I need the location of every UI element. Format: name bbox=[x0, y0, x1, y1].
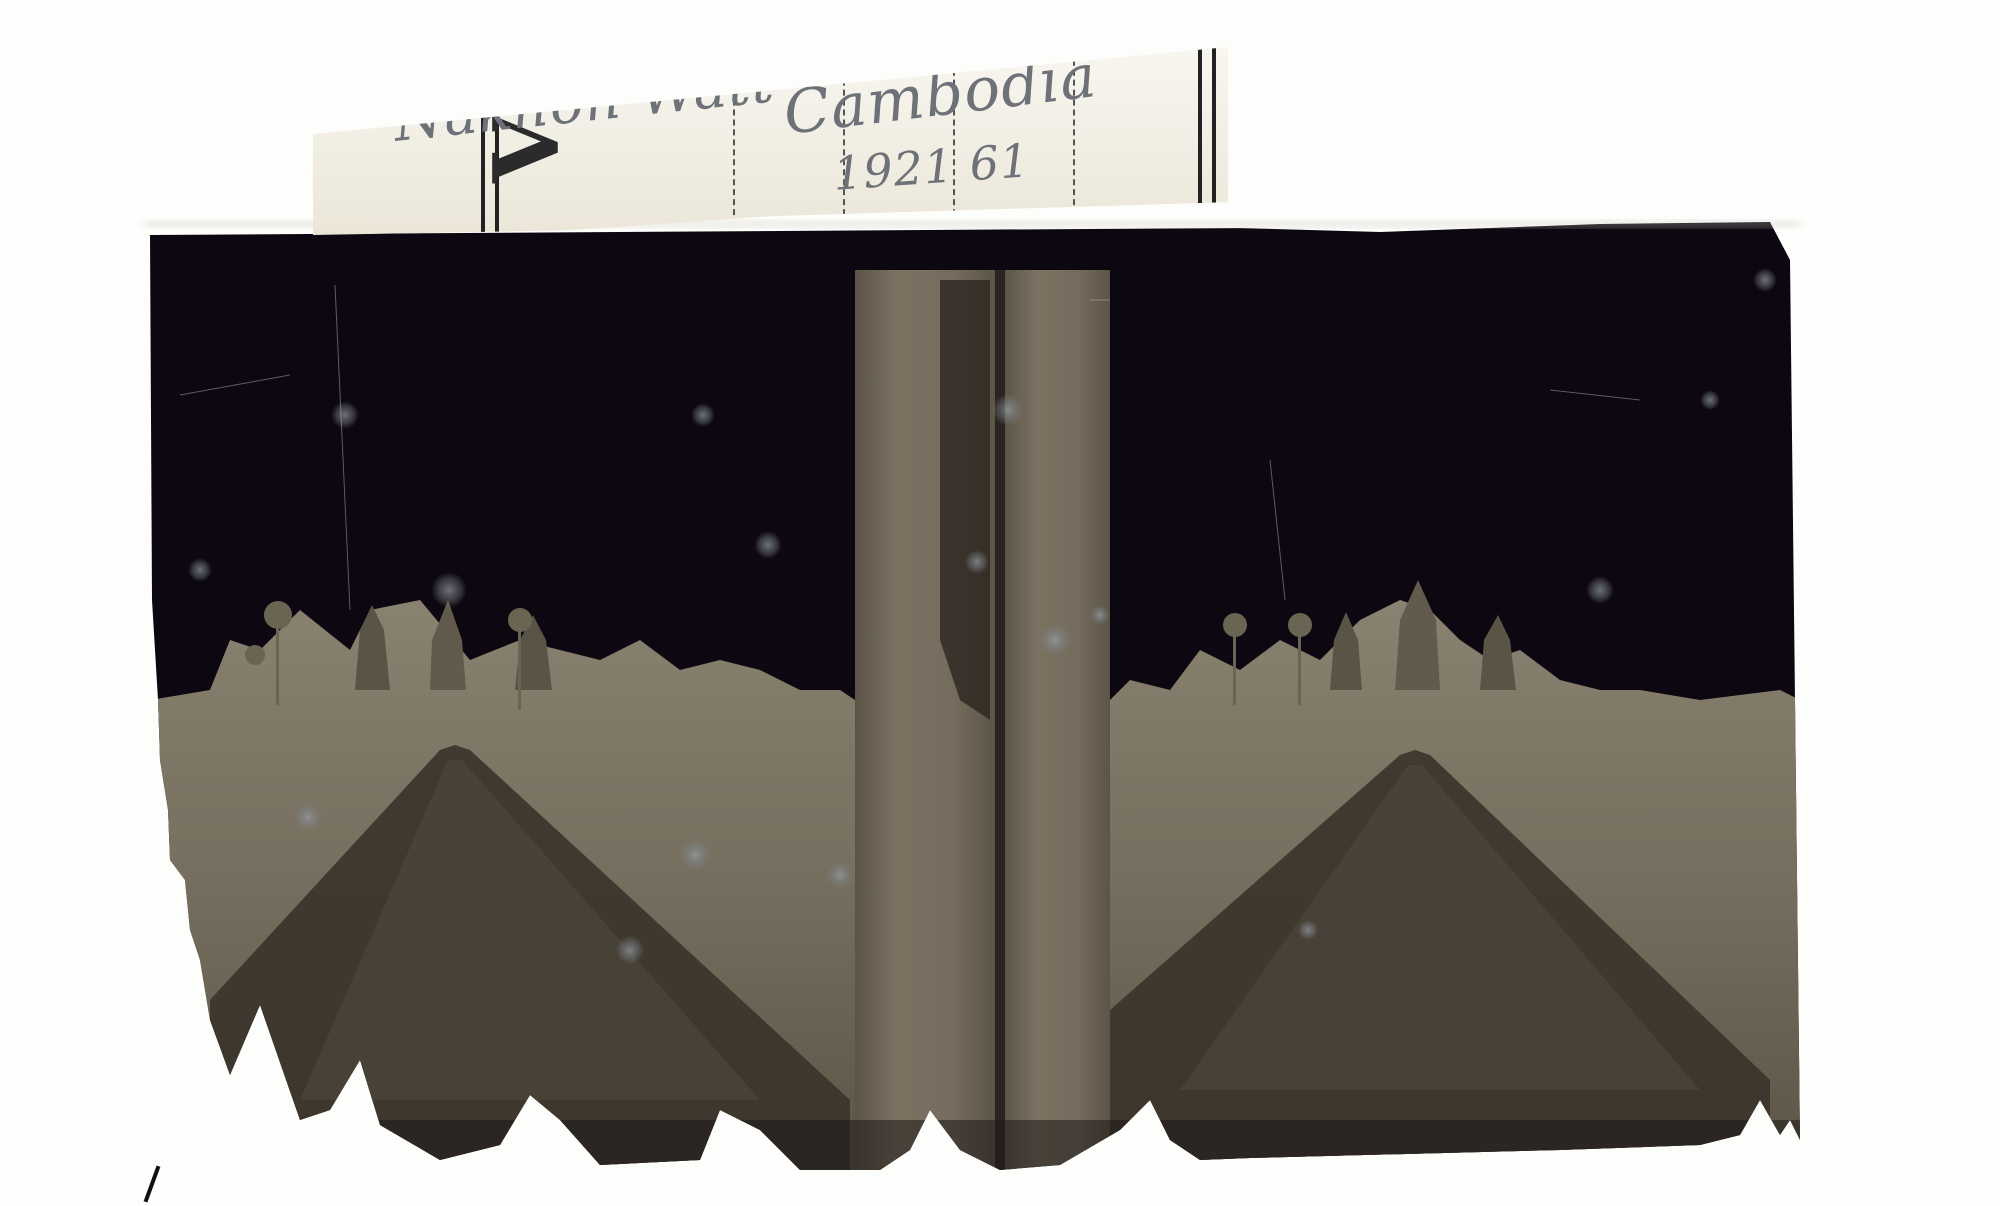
scanned-stereo-plate: VII Nakhon Watt 477 Cambodia 1921 61 bbox=[0, 0, 2000, 1206]
handwritten-date: 1921 61 bbox=[831, 133, 1032, 201]
